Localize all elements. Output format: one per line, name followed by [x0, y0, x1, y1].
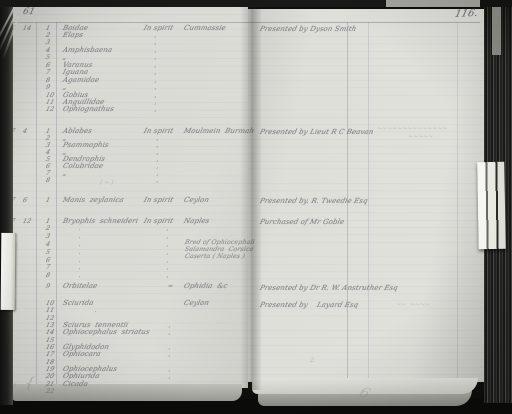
- preservation-method: In spirit: [143, 197, 174, 204]
- method-ditto: ,: [154, 39, 158, 46]
- method-ditto: ,: [166, 225, 170, 232]
- specimen-number: 5: [45, 249, 51, 256]
- method-ditto: ,: [156, 135, 160, 142]
- specimen-number: 8: [45, 272, 51, 279]
- species-ditto: .: [78, 225, 82, 232]
- open-register-book-photo: 61 116. 614Presented by Dyson Smith1Boid…: [0, 0, 512, 414]
- method-ditto: ,: [156, 156, 160, 163]
- species-name: Manis zeylanica: [62, 197, 125, 204]
- method-ditto: ,: [168, 366, 172, 373]
- method-ditto: ,: [154, 47, 158, 54]
- specimen-number: 9: [45, 283, 51, 290]
- method-ditto: ,: [156, 149, 160, 156]
- pencil-bottom-brace: {: [23, 374, 36, 392]
- pencil-note: ~~ ~~~~: [395, 301, 430, 308]
- method-ditto: ,: [168, 322, 172, 329]
- entry-date-day: 14: [22, 25, 32, 32]
- method-ditto: ,: [154, 92, 158, 99]
- pencil-mark: ( ~ ): [99, 179, 114, 186]
- species-ditto: .: [78, 233, 82, 240]
- fore-edge-highlight: [492, 0, 501, 55]
- species-ditto: .: [78, 257, 82, 264]
- locality: Naples: [183, 218, 210, 225]
- species-ditto: .: [94, 307, 98, 314]
- pencil-note: ~~~~~~~~~~~~~~: [376, 125, 448, 132]
- specimen-number: 22: [45, 388, 55, 395]
- donor-entry: Purchased of Mr Goble: [259, 219, 345, 226]
- top-frame-right: [480, 0, 512, 7]
- species-name: Colubridae: [62, 163, 104, 170]
- species-ditto: .: [78, 249, 82, 256]
- specimen-number: 12: [45, 106, 55, 113]
- bookmark-tab-right[interactable]: [477, 162, 506, 249]
- specimen-number: 8: [45, 177, 51, 184]
- method-ditto: ,: [156, 170, 160, 177]
- left-page-edge-stack: [0, 0, 13, 405]
- preservation-method: In spirit: [143, 128, 174, 135]
- locality: Ceylon: [183, 197, 210, 204]
- bookmark-tab-left[interactable]: [1, 233, 17, 310]
- species-name: Amphisbaena: [62, 47, 113, 54]
- method-ditto: ,: [154, 106, 158, 113]
- pencil-note: ~~~~~: [407, 133, 433, 140]
- donor-entry: Presented by Dyson Smith: [259, 26, 357, 33]
- species-name: Elaps: [62, 32, 84, 39]
- entry-date-day: 4: [22, 128, 28, 135]
- donor-entry: Presented by Lieut R C Beavan: [259, 129, 374, 136]
- species-ditto: .: [78, 272, 82, 279]
- method-ditto: ,: [166, 241, 170, 248]
- species-ditto: .: [78, 264, 82, 271]
- locality: Cummassie: [183, 25, 227, 32]
- method-ditto: ,: [166, 249, 170, 256]
- method-ditto: ,: [156, 142, 160, 149]
- entry-date-day: 6: [22, 197, 28, 204]
- locality: Ceylon: [183, 300, 210, 307]
- book-gutter-shadow: [240, 7, 262, 390]
- species-name: Orbitelae: [62, 283, 98, 290]
- method-ditto: ,: [166, 257, 170, 264]
- species-name: Bryophis schneideri: [62, 218, 139, 225]
- method-ditto: ,: [166, 264, 170, 271]
- species-ditto: .: [78, 241, 82, 248]
- locality-note-line: Caserta ( Naples ): [184, 253, 246, 260]
- preservation-method: In spirit: [143, 218, 174, 225]
- method-ditto: ,: [154, 99, 158, 106]
- method-ditto: ,: [154, 77, 158, 84]
- method-ditto: ,: [154, 32, 158, 39]
- locality: Ophidia &c: [183, 283, 228, 290]
- species-name: Ophiocephalus striatus: [62, 329, 150, 336]
- pencil-flourish: 6: [357, 383, 373, 402]
- species-name: Psammophis: [62, 142, 109, 149]
- method-ditto: ,: [154, 62, 158, 69]
- donor-entry: Presented by. R. Tweedie Esq: [259, 198, 368, 205]
- method-ditto: ,: [166, 272, 170, 279]
- pencil-mid-mark: 2.: [309, 357, 316, 364]
- specimen-number: 1: [45, 197, 51, 204]
- donor-entry: Presented by Dr R. W. Anstruther Esq: [259, 285, 398, 292]
- species-name: „: [62, 170, 67, 177]
- preservation-method: In spirit: [143, 25, 174, 32]
- method-ditto: ,: [168, 373, 172, 380]
- method-ditto: ,: [154, 69, 158, 76]
- donor-entry: Presented by Layard Esq: [259, 302, 359, 309]
- entry-date-day: 12: [22, 218, 32, 225]
- method-ditto: ,: [156, 177, 160, 184]
- method-ditto: =: [167, 283, 174, 290]
- method-ditto: ,: [168, 329, 172, 336]
- species-name: Cicada: [62, 381, 89, 388]
- method-ditto: ,: [168, 344, 172, 351]
- species-name: Sciurida: [62, 300, 94, 307]
- method-ditto: ,: [156, 163, 160, 170]
- method-ditto: ,: [154, 54, 158, 61]
- method-ditto: ,: [166, 233, 170, 240]
- species-name: Ophiocara: [62, 351, 101, 358]
- species-name: Ophiognathus: [62, 106, 115, 113]
- top-frame-gap: [386, 0, 480, 7]
- top-frame-left: [0, 0, 386, 7]
- method-ditto: ,: [154, 84, 158, 91]
- specimen-number: 4: [45, 241, 51, 248]
- method-ditto: ,: [168, 351, 172, 358]
